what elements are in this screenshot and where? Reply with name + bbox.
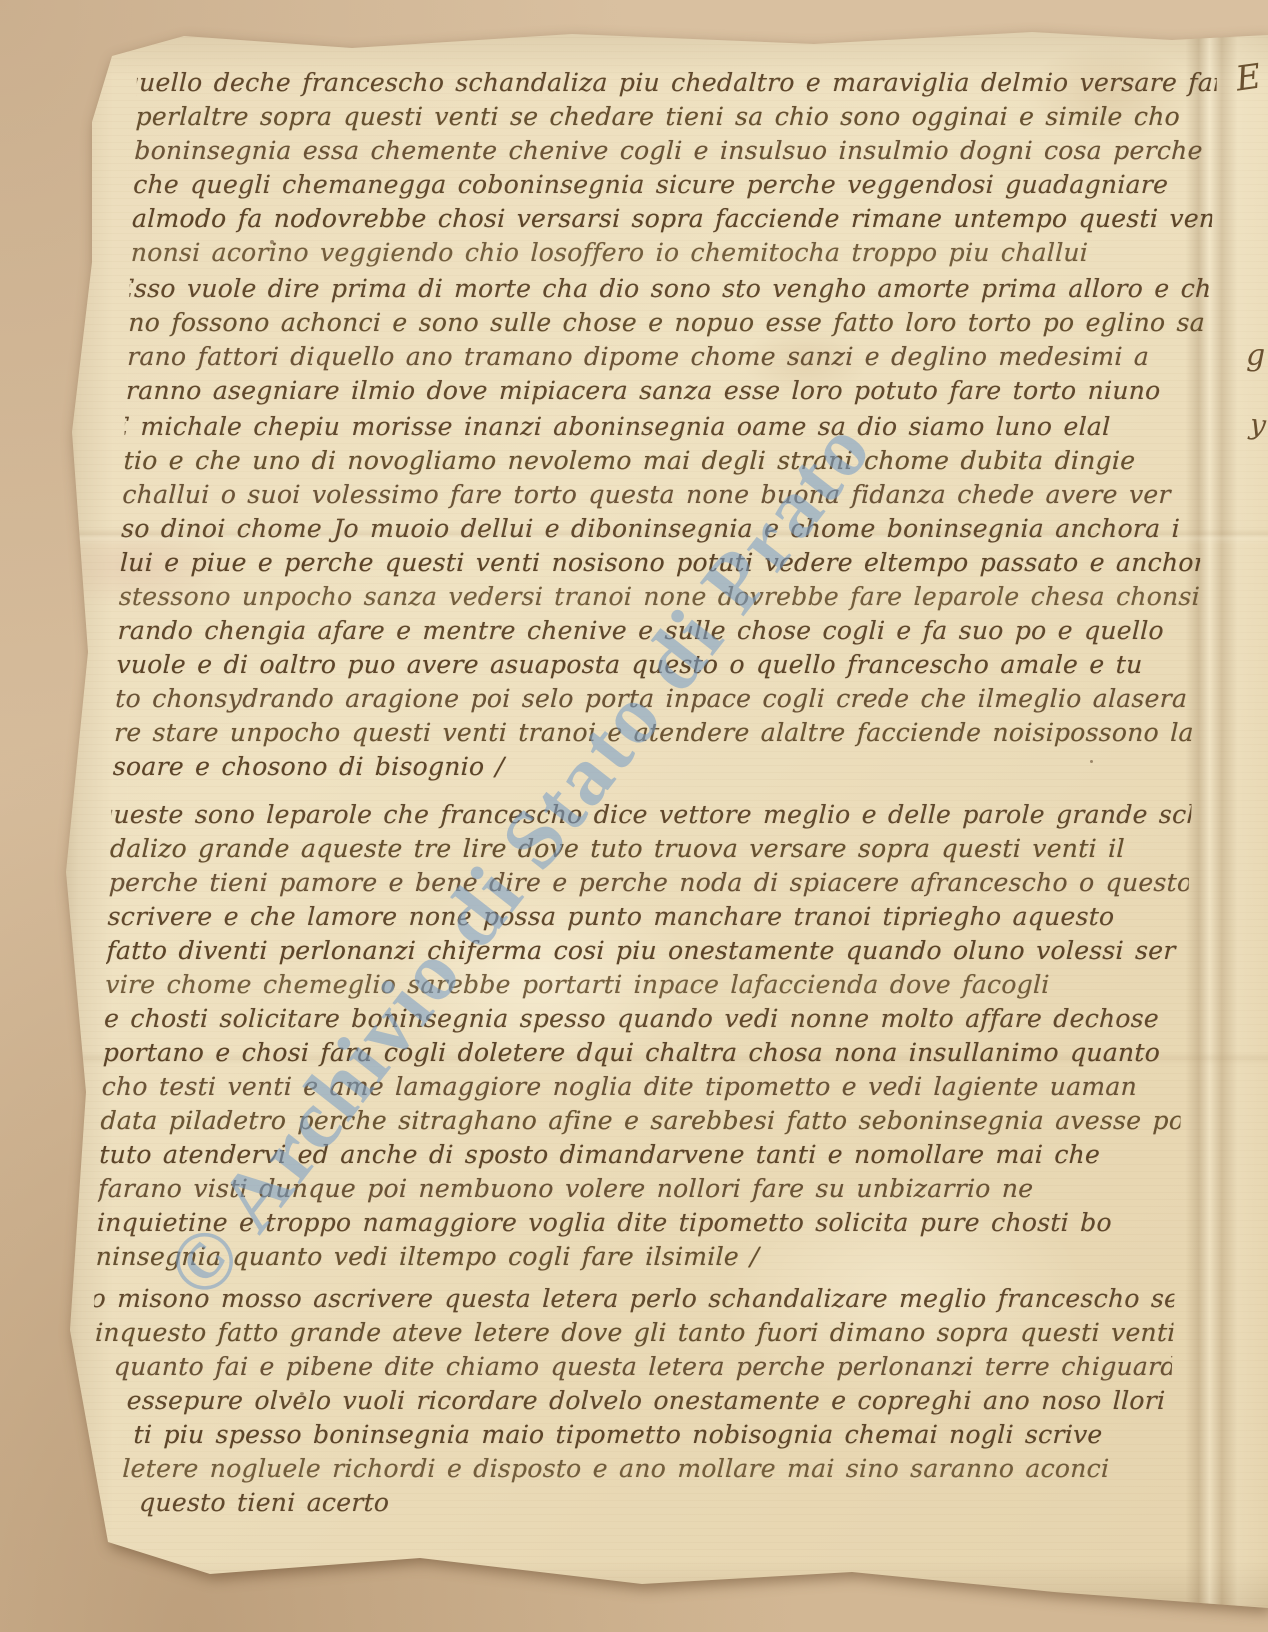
manuscript-line: portano e chosi fara cogli doletere dqui…	[102, 1036, 1183, 1070]
manuscript-line: inquesto fatto grande ateve letere dove …	[95, 1316, 1174, 1350]
manuscript-line: rano fattori diquello ano tramano dipome…	[127, 340, 1208, 374]
manuscript-line: challui o suoi volessimo fare torto ques…	[122, 478, 1203, 512]
letter-text: quello deche francescho schandaliza piu …	[87, 66, 1218, 1520]
manuscript-line: inquietine e troppo namaggiore voglia di…	[96, 1206, 1177, 1240]
manuscript-line: no fossono achonci e sono sulle chose e …	[128, 306, 1209, 340]
manuscript-line: che quegli chemanegga coboninsegnia sicu…	[133, 168, 1214, 202]
ink-speck	[270, 240, 274, 244]
manuscript-line: quanto fai e pibene dite chiamo questa l…	[113, 1350, 1172, 1384]
manuscript-line: ranno asegniare ilmio dove mipiacera san…	[125, 374, 1206, 408]
letter-paragraph: Esso vuole dire prima di morte cha dio s…	[125, 272, 1210, 408]
manuscript-line: so dinoi chome Jo muoio dellui e dibonin…	[121, 512, 1202, 546]
manuscript-line: lui e piue e perche questi venti nosison…	[119, 546, 1200, 580]
ink-offset-mark: E	[1233, 56, 1263, 99]
manuscript-line: data piladetro perche sitraghano afine e…	[100, 1104, 1181, 1138]
manuscript-line: Esso vuole dire prima di morte cha dio s…	[125, 272, 1210, 306]
manuscript-line: re stare unpocho questi venti tranoi e a…	[114, 716, 1195, 750]
manuscript-line: vire chome chemeglio sarebbe portarti in…	[105, 968, 1186, 1002]
manuscript-line: boninsegnia essa chemente chenive cogli …	[134, 134, 1215, 168]
manuscript-line: vuole e di oaltro puo avere asuaposta qu…	[116, 648, 1197, 682]
manuscript-line: scrivere e che lamore none possa punto m…	[107, 900, 1188, 934]
manuscript-line: soare e chosono di bisognio /	[112, 750, 1193, 784]
manuscript-line: tio e che uno di novogliamo nevolemo mai…	[123, 444, 1204, 478]
letter-paragraph: queste sono leparole che francescho dice…	[95, 798, 1192, 1274]
manuscript-line: e chosti solicitare boninsegnia spesso q…	[104, 1002, 1185, 1036]
letter-paragraph: quello deche francescho schandaliza piu …	[130, 66, 1217, 270]
ink-speck	[1090, 760, 1093, 763]
manuscript-line: dalizo grande aqueste tre lire dove tuto…	[109, 832, 1190, 866]
manuscript-line: essepure olvelo vuoli ricordare dolvelo …	[126, 1384, 1171, 1418]
manuscript-line: E michale chepiu morisse inanzi aboninse…	[112, 410, 1205, 444]
manuscript-line: perche tieni pamore e bene dire e perche…	[108, 866, 1189, 900]
manuscript-line: cho testi venti e ame lamaggiore noglia …	[101, 1070, 1182, 1104]
manuscript-line: perlaltre sopra questi venti se chedare …	[135, 100, 1216, 134]
manuscript-line: fatto diventi perlonanzi chiferma cosi p…	[106, 934, 1187, 968]
manuscript-line: almodo fa nodovrebbe chosi versarsi sopr…	[131, 202, 1212, 236]
ink-offset-mark: y	[1248, 407, 1267, 441]
manuscript-line: tuto atendervi ed anche di sposto dimand…	[99, 1138, 1180, 1172]
manuscript-line: stessono unpocho sanza vedersi tranoi no…	[118, 580, 1199, 614]
letter-paragraph: Jo misono mosso ascrivere questa letera …	[87, 1282, 1175, 1520]
manuscript-line: rando chengia afare e mentre chenive e s…	[117, 614, 1198, 648]
manuscript-line: Jo misono mosso ascrivere questa letera …	[87, 1282, 1175, 1316]
manuscript-line: ti piu spesso boninsegnia maio tipometto…	[133, 1418, 1170, 1452]
manuscript-line: ninsegnia quanto vedi iltempo cogli fare…	[95, 1240, 1176, 1274]
manuscript-line: quello deche francescho schandaliza piu …	[130, 66, 1217, 100]
ink-offset-mark: g	[1246, 338, 1265, 373]
manuscript-line: to chonsydrando aragione poi selo porta …	[115, 682, 1196, 716]
manuscript-line: queste sono leparole che francescho dice…	[97, 798, 1192, 832]
manuscript-scan: quello deche francescho schandaliza piu …	[0, 0, 1268, 1632]
manuscript-line: farano visti dunque poi nembuono volere …	[98, 1172, 1179, 1206]
manuscript-line: letere nogluele richordi e disposto e an…	[122, 1452, 1169, 1486]
manuscript-line: nonsi acorino veggiendo chio losoffero i…	[130, 236, 1211, 270]
letter-paragraph: E michale chepiu morisse inanzi aboninse…	[112, 410, 1205, 784]
ink-speck	[300, 1392, 304, 1395]
manuscript-line: questo tieni acerto	[139, 1486, 1168, 1520]
